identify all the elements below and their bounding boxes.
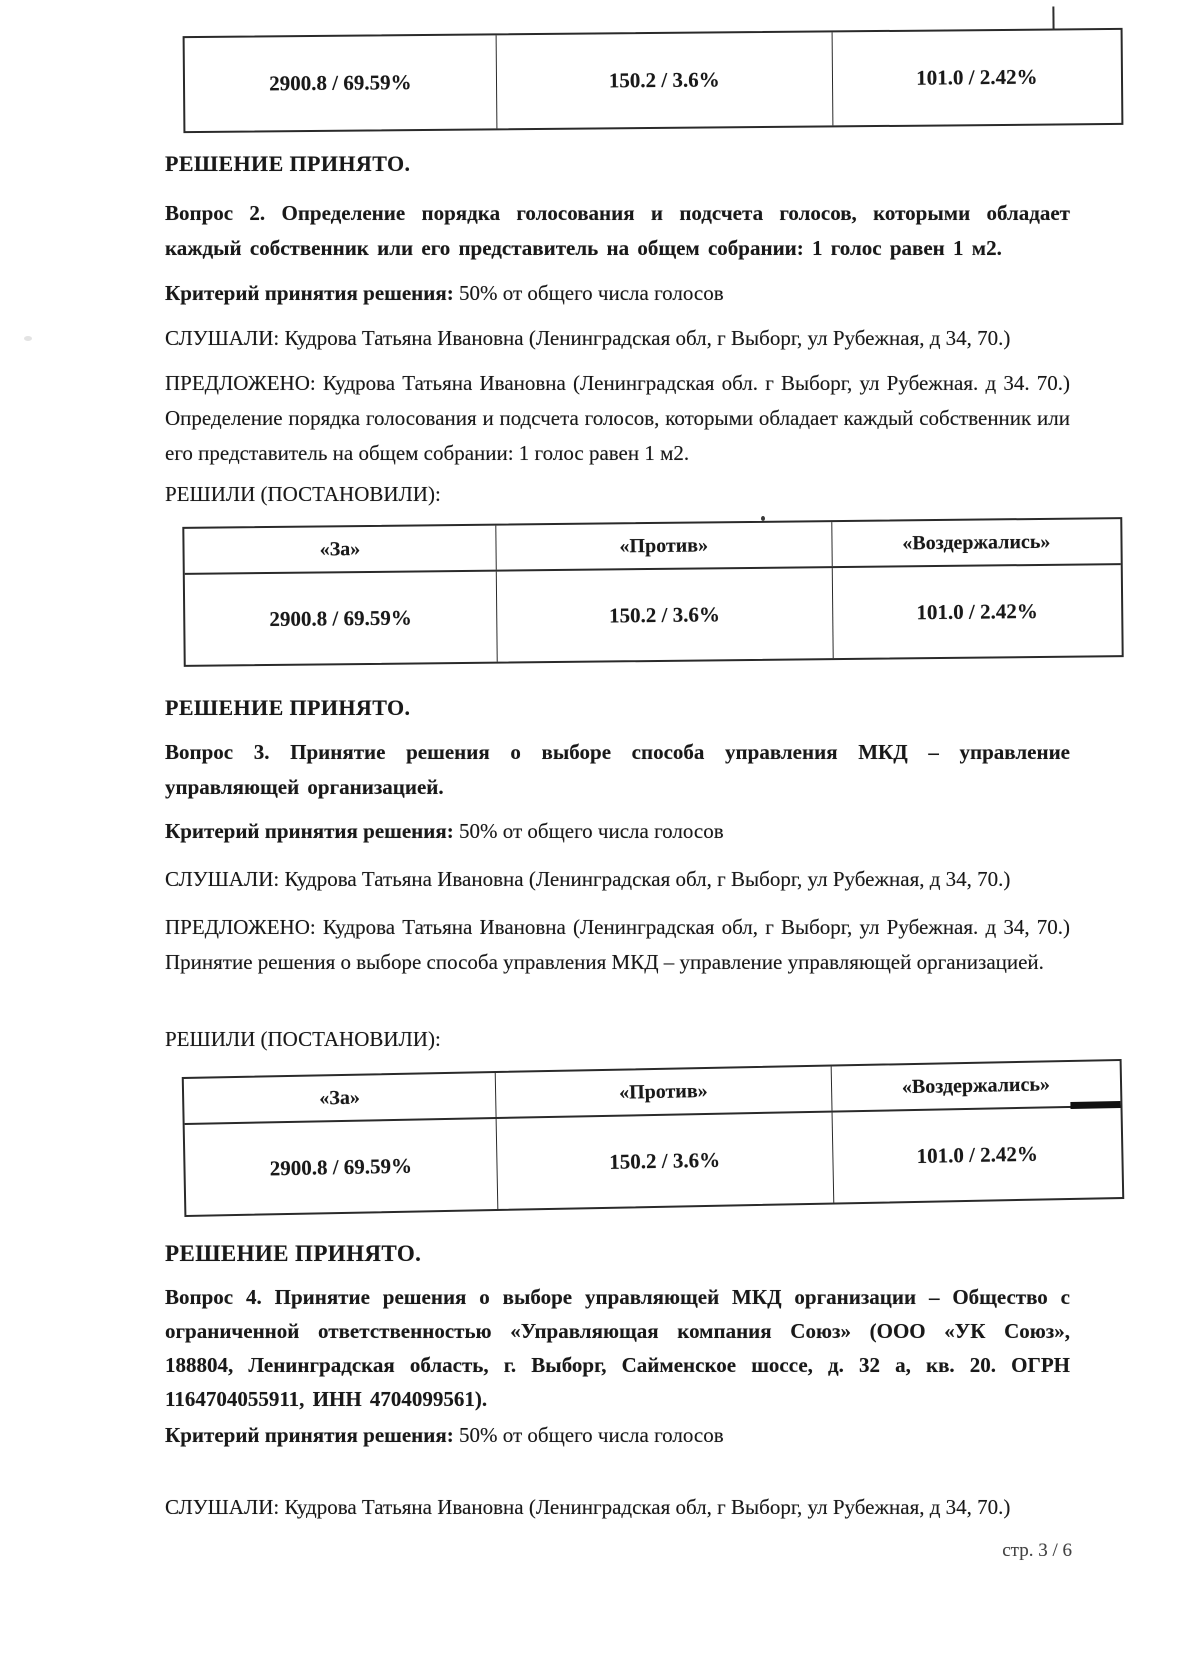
votes-abstained-value: 101.0 / 2.42% [831,30,1121,126]
table-row: 2900.8 / 69.59% 150.2 / 3.6% 101.0 / 2.4… [185,565,1122,665]
resolved-label: РЕШИЛИ (ПОСТАНОВИЛИ): [165,477,1070,512]
vote-table-question1-partial: 2900.8 / 69.59% 150.2 / 3.6% 101.0 / 2.4… [183,28,1124,133]
resolved-label: РЕШИЛИ (ПОСТАНОВИЛИ): [165,1022,1070,1057]
table-row: 2900.8 / 69.59% 150.2 / 3.6% 101.0 / 2.4… [185,30,1122,131]
criterion-line: Критерий принятия решения: 50% от общего… [165,276,1070,311]
votes-against-value: 150.2 / 3.6% [495,32,832,128]
table-row: 2900.8 / 69.59% 150.2 / 3.6% 101.0 / 2.4… [185,1107,1123,1215]
question4-heard: СЛУШАЛИ: Кудрова Татьяна Ивановна (Ленин… [165,1490,1070,1525]
criterion-label: Критерий принятия решения: [165,281,454,305]
criterion-value: 50% от общего числа голосов [459,819,724,843]
vote-table-question2: «За» «Против» «Воздержались» 2900.8 / 69… [182,517,1123,667]
votes-against-value: 150.2 / 3.6% [496,568,833,662]
scan-ink-smudge [1070,1101,1120,1109]
question3-title: Вопрос 3. Принятие решения о выборе спос… [165,735,1070,805]
question4-title: Вопрос 4. Принятие решения о выборе упра… [165,1280,1070,1416]
decision-accepted-heading: РЕШЕНИЕ ПРИНЯТО. [165,1236,1070,1271]
header-for: «За» [184,1073,496,1123]
header-against: «Против» [494,1067,831,1117]
question2-proposed: ПРЕДЛОЖЕНО: Кудрова Татьяна Ивановна (Ле… [165,366,1070,471]
votes-against-value: 150.2 / 3.6% [495,1113,833,1209]
question2-title: Вопрос 2. Определение порядка голосовани… [165,196,1070,266]
criterion-line: Критерий принятия решения: 50% от общего… [165,814,1070,849]
votes-for-value: 2900.8 / 69.59% [185,572,497,665]
scan-artifact-smudge [24,336,32,341]
criterion-label: Критерий принятия решения: [165,819,454,843]
criterion-value: 50% от общего числа голосов [459,281,724,305]
scan-artifact-line [1052,6,1054,30]
votes-for-value: 2900.8 / 69.59% [185,35,497,131]
decision-accepted-heading: РЕШЕНИЕ ПРИНЯТО. [165,146,1070,181]
question2-heard: СЛУШАЛИ: Кудрова Татьяна Ивановна (Ленин… [165,321,1070,356]
header-abstained: «Воздержались» [831,519,1121,566]
page-number: стр. 3 / 6 [1002,1540,1072,1562]
vote-table-question3: «За» «Против» «Воздержались» 2900.8 / 69… [182,1059,1125,1217]
criterion-value: 50% от общего числа голосов [459,1423,724,1447]
question3-heard: СЛУШАЛИ: Кудрова Татьяна Ивановна (Ленин… [165,862,1070,897]
decision-accepted-heading: РЕШЕНИЕ ПРИНЯТО. [165,690,1070,725]
header-against: «Против» [495,522,831,570]
votes-abstained-value: 101.0 / 2.42% [831,1107,1122,1203]
criterion-line: Критерий принятия решения: 50% от общего… [165,1418,1070,1453]
scanned-protocol-page: 2900.8 / 69.59% 150.2 / 3.6% 101.0 / 2.4… [0,0,1200,1665]
votes-abstained-value: 101.0 / 2.42% [832,565,1122,658]
votes-for-value: 2900.8 / 69.59% [185,1119,497,1215]
header-for: «За» [184,526,495,573]
question3-proposed: ПРЕДЛОЖЕНО: Кудрова Татьяна Ивановна (Ле… [165,910,1070,980]
criterion-label: Критерий принятия решения: [165,1423,454,1447]
